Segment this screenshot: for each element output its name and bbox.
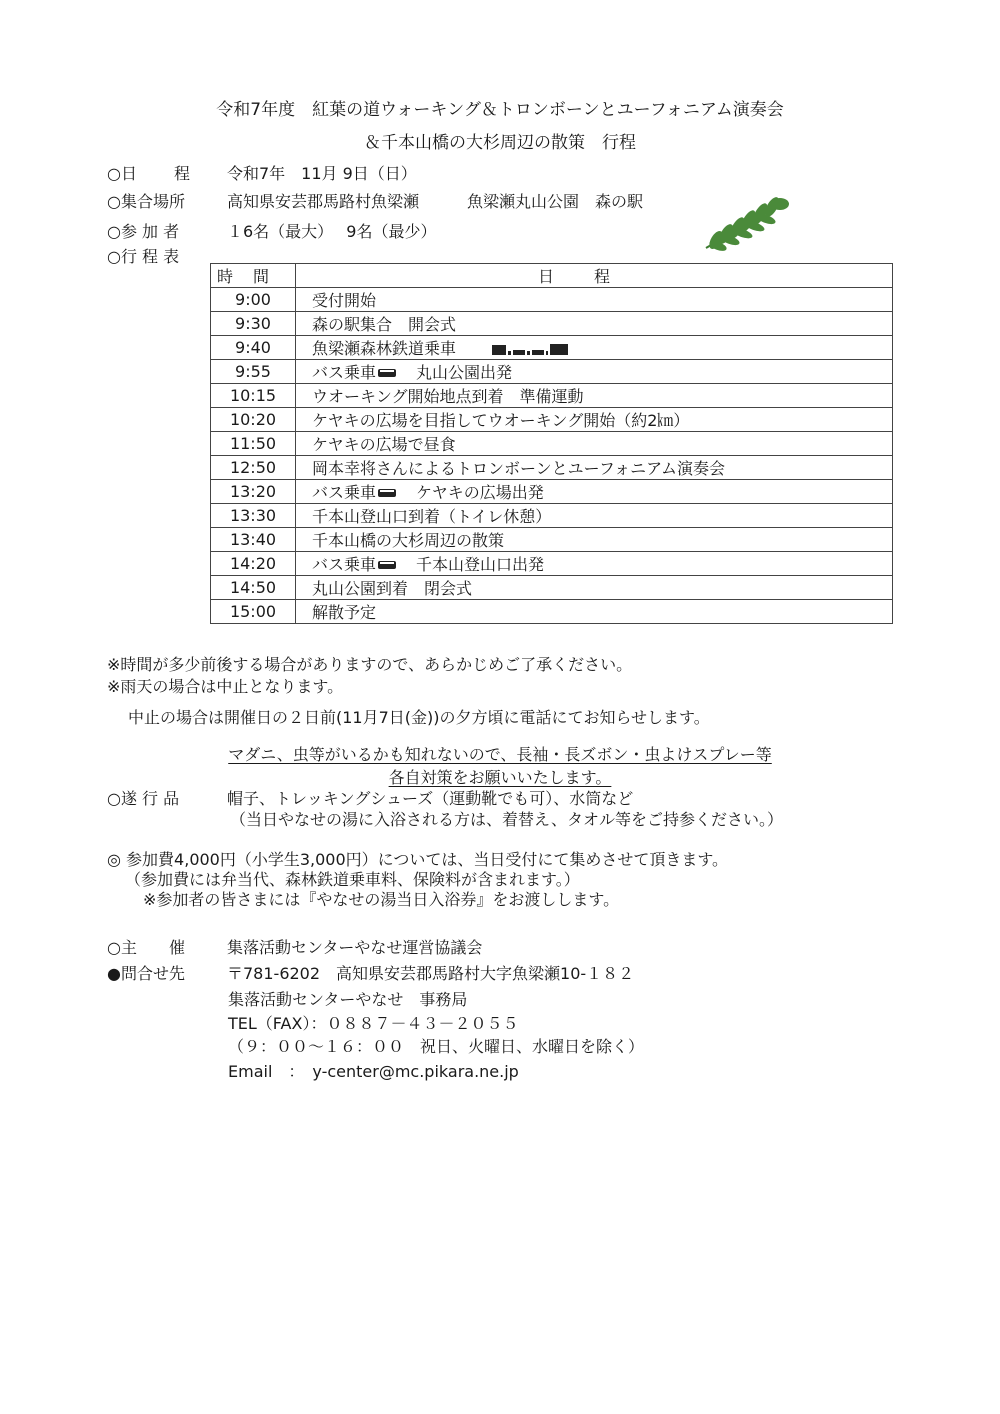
schedule-label: ○行 程 表	[107, 244, 179, 267]
row-desc: ケヤキの広場を目指してウオーキング開始（約2㎞）	[296, 408, 893, 432]
row-time: 11:50	[211, 432, 296, 456]
row-desc: ケヤキの広場で昼食	[296, 432, 893, 456]
table-row: 9:30森の駅集合 開会式	[211, 312, 893, 336]
table-row: 9:55 バス乗車 丸山公園出発	[211, 360, 893, 384]
organizer-row: ○主 催集落活動センターやなせ運営協議会	[107, 935, 482, 958]
note-rain: ※雨天の場合は中止となります。	[107, 674, 343, 697]
table-row: 9:00受付開始	[211, 288, 893, 312]
contact-office: 集落活動センターやなせ 事務局	[228, 987, 467, 1010]
contact-row: ●問合せ先〒781-6202 高知県安芸郡馬路村大字魚梁瀬10-１８２	[107, 961, 634, 984]
train-icon	[492, 344, 568, 355]
contact-email[interactable]: Email ： y-center@mc.pikara.ne.jp	[228, 1059, 519, 1082]
row-desc: 解散予定	[296, 600, 893, 624]
row-desc: 受付開始	[296, 288, 893, 312]
header-desc: 日程	[296, 264, 893, 288]
row-desc: 岡本幸将さんによるトロンボーンとユーフォニアム演奏会	[296, 456, 893, 480]
row-desc: 千本山橋の大杉周辺の散策	[296, 528, 893, 552]
table-row: 14:50丸山公園到着 閉会式	[211, 576, 893, 600]
bus-icon	[378, 561, 396, 569]
table-row: 11:50ケヤキの広場で昼食	[211, 432, 893, 456]
row-desc: 森の駅集合 開会式	[296, 312, 893, 336]
table-row: 13:40千本山橋の大杉周辺の散策	[211, 528, 893, 552]
row-time: 14:50	[211, 576, 296, 600]
table-row: 15:00解散予定	[211, 600, 893, 624]
row-desc: バス乗車	[312, 483, 376, 502]
warning-line-1: マダニ、虫等がいるかも知れないので、長袖・長ズボン・虫よけスプレー等	[0, 742, 1000, 765]
date-row: ○日 程令和7年 11月 9日（日）	[107, 161, 417, 184]
row-time: 10:20	[211, 408, 296, 432]
bus-icon	[378, 369, 396, 377]
row-time: 9:00	[211, 288, 296, 312]
row-desc: バス乗車	[312, 555, 376, 574]
row-desc: 千本山登山口到着（トイレ休憩）	[296, 504, 893, 528]
participants-row: ○参 加 者１6名（最大） 9名（最少）	[107, 219, 436, 242]
row-desc-cell: バス乗車 千本山登山口出発	[296, 552, 893, 576]
contact-tel: TEL（FAX）：０８８７－４３－２０５５	[228, 1011, 518, 1034]
note-time-change: ※時間が多少前後する場合がありますので、あらかじめご了承ください。	[107, 652, 632, 675]
row-desc-rest: ケヤキの広場出発	[400, 483, 544, 502]
row-desc-cell: 魚梁瀬森林鉄道乗車	[296, 336, 893, 360]
meeting-place-row: ○集合場所高知県安芸郡馬路村魚梁瀬 魚梁瀬丸山公園 森の駅	[107, 189, 643, 212]
bus-icon	[378, 489, 396, 497]
organizer-value: 集落活動センターやなせ運営協議会	[227, 938, 482, 957]
row-time: 12:50	[211, 456, 296, 480]
row-desc-cell: バス乗車 丸山公園出発	[296, 360, 893, 384]
row-desc: バス乗車	[312, 363, 376, 382]
row-time: 15:00	[211, 600, 296, 624]
contact-address: 〒781-6202 高知県安芸郡馬路村大字魚梁瀬10-１８２	[227, 964, 634, 983]
table-row: 12:50岡本幸将さんによるトロンボーンとユーフォニアム演奏会	[211, 456, 893, 480]
row-desc: ウオーキング開始地点到着 準備運動	[296, 384, 893, 408]
row-desc-rest: 丸山公園出発	[400, 363, 512, 382]
row-desc: 丸山公園到着 閉会式	[296, 576, 893, 600]
row-time: 14:20	[211, 552, 296, 576]
table-row: 13:20 バス乗車 ケヤキの広場出発	[211, 480, 893, 504]
date-label: ○日 程	[107, 161, 227, 184]
schedule-table: 時間 日程 9:00受付開始 9:30森の駅集合 開会式 9:40 魚梁瀬森林鉄…	[210, 263, 893, 624]
table-row: 10:20ケヤキの広場を目指してウオーキング開始（約2㎞）	[211, 408, 893, 432]
schedule-header-row: 時間 日程	[211, 264, 893, 288]
leaf-icon	[700, 190, 790, 255]
table-row: 13:30千本山登山口到着（トイレ休憩）	[211, 504, 893, 528]
note-cancel-notice: 中止の場合は開催日の２日前(11月7日(金))の夕方頃に電話にてお知らせします。	[128, 705, 710, 728]
table-row: 9:40 魚梁瀬森林鉄道乗車	[211, 336, 893, 360]
fee-line-3: ※参加者の皆さまには『やなせの湯当日入浴券』をお渡しします。	[143, 887, 619, 910]
meeting-place-label: ○集合場所	[107, 189, 227, 212]
row-time: 10:15	[211, 384, 296, 408]
row-time: 13:30	[211, 504, 296, 528]
contact-label: ●問合せ先	[107, 961, 227, 984]
organizer-label: ○主 催	[107, 935, 227, 958]
meeting-place-value: 高知県安芸郡馬路村魚梁瀬 魚梁瀬丸山公園 森の駅	[227, 192, 643, 211]
row-time: 9:30	[211, 312, 296, 336]
row-desc-rest: 千本山登山口出発	[400, 555, 544, 574]
items-value: 帽子、トレッキングシューズ（運動靴でも可）、水筒など	[227, 789, 633, 808]
header-time: 時間	[211, 264, 296, 288]
table-row: 14:20 バス乗車 千本山登山口出発	[211, 552, 893, 576]
row-time: 13:40	[211, 528, 296, 552]
participants-value: １6名（最大） 9名（最少）	[227, 222, 436, 241]
document-title-line-2: ＆千本山橋の大杉周辺の散策 行程	[0, 128, 1000, 153]
row-time: 9:40	[211, 336, 296, 360]
row-time: 9:55	[211, 360, 296, 384]
date-value: 令和7年 11月 9日（日）	[227, 164, 417, 183]
warning-line-2: 各自対策をお願いいたします。	[0, 765, 1000, 788]
items-label: ○遂 行 品	[107, 786, 227, 809]
participants-label: ○参 加 者	[107, 219, 227, 242]
row-desc: 魚梁瀬森林鉄道乗車	[312, 339, 456, 358]
row-time: 13:20	[211, 480, 296, 504]
row-desc-cell: バス乗車 ケヤキの広場出発	[296, 480, 893, 504]
document-title-line-1: 令和7年度 紅葉の道ウォーキング＆トロンボーンとユーフォニアム演奏会	[0, 95, 1000, 120]
table-row: 10:15ウオーキング開始地点到着 準備運動	[211, 384, 893, 408]
contact-hours: （９：００～１６：００ 祝日、火曜日、水曜日を除く）	[228, 1034, 644, 1057]
items-sub: （当日やなせの湯に入浴される方は、着替え、タオル等をご持参ください。）	[230, 807, 783, 830]
items-row: ○遂 行 品帽子、トレッキングシューズ（運動靴でも可）、水筒など	[107, 786, 633, 809]
